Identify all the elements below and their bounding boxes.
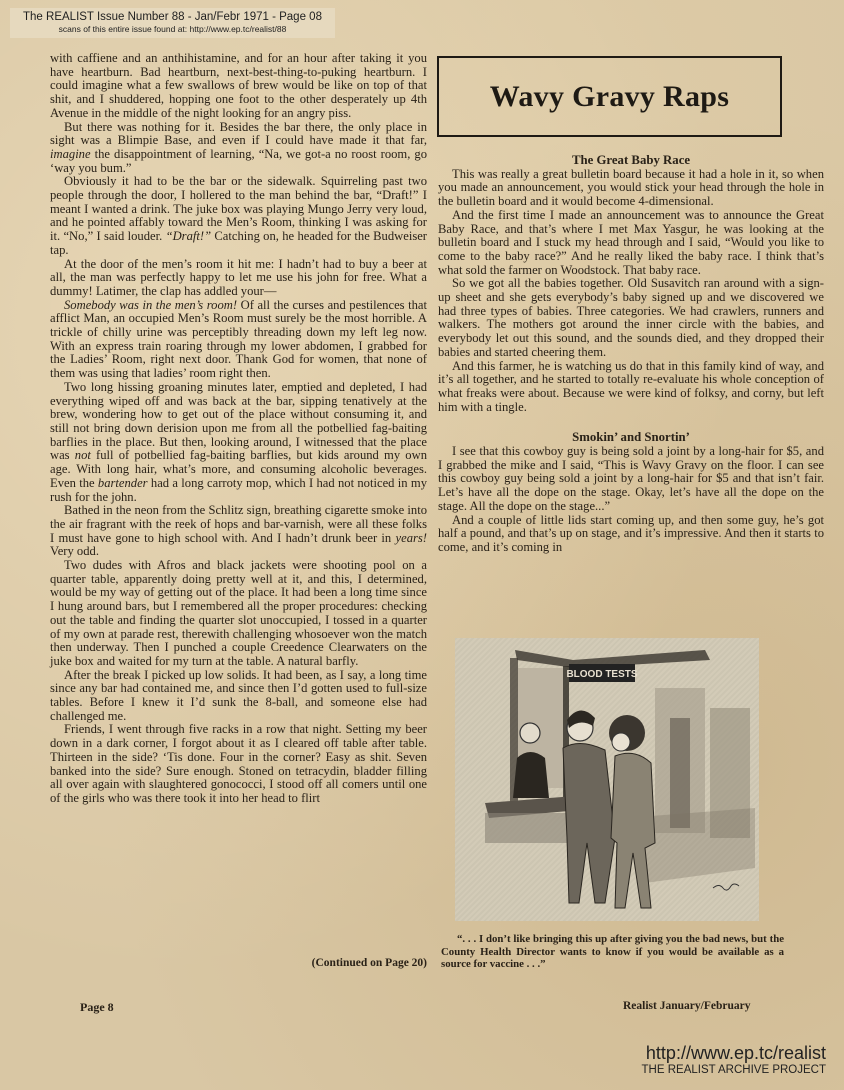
article-title-box: Wavy Gravy Raps — [437, 56, 782, 137]
emphasis-text: not — [75, 448, 91, 462]
article-paragraph: At the door of the men’s room it hit me:… — [50, 258, 427, 299]
article-paragraph: Somebody was in the men’s room! Of all t… — [50, 299, 427, 381]
article-title: Wavy Gravy Raps — [490, 80, 730, 114]
illustration-caption: “. . . I don’t like bringing this up aft… — [441, 933, 784, 971]
archive-project-name: THE REALIST ARCHIVE PROJECT — [642, 1063, 826, 1077]
paragraph-text: Bathed in the neon from the Schlitz sign… — [50, 503, 427, 544]
article-paragraph: This was really a great bulletin board b… — [438, 168, 824, 209]
paragraph-text: Friends, I went through five racks in a … — [50, 722, 427, 805]
article-paragraph: And the first time I made an announcemen… — [438, 209, 824, 278]
scan-banner: The REALIST Issue Number 88 - Jan/Febr 1… — [10, 8, 335, 38]
emphasis-text: “Draft!” — [166, 229, 212, 243]
article-paragraph: And a couple of little lids start coming… — [438, 514, 824, 555]
article-paragraph: Friends, I went through five racks in a … — [50, 723, 427, 805]
article-paragraph: with caffiene and an anthihistamine, and… — [50, 52, 427, 121]
article-paragraph: So we got all the babies together. Old S… — [438, 277, 824, 359]
article-paragraph: And this farmer, he is watching us do th… — [438, 360, 824, 415]
paragraph-text: After the break I picked up low solids. … — [50, 668, 427, 723]
article-left-column: with caffiene and an anthihistamine, and… — [50, 52, 427, 806]
article-right-column: The Great Baby RaceThis was really a gre… — [438, 154, 824, 555]
section-heading: Smokin’ and Snortin’ — [438, 431, 824, 445]
section-heading: The Great Baby Race — [438, 154, 824, 168]
emphasis-text: Somebody was in the men’s room! — [64, 298, 237, 312]
page-number: Page 8 — [80, 1000, 114, 1015]
article-paragraph: Bathed in the neon from the Schlitz sign… — [50, 504, 427, 559]
svg-text:BLOOD TESTS: BLOOD TESTS — [566, 669, 637, 680]
caption-text: “. . . I don’t like bringing this up aft… — [441, 933, 784, 971]
paragraph-text: But there was nothing for it. Besides th… — [50, 120, 427, 148]
cartoon-illustration: BLOOD TESTS — [455, 638, 759, 921]
issue-footer: Realist January/February — [623, 1000, 750, 1012]
article-paragraph: I see that this cowboy guy is being sold… — [438, 445, 824, 514]
scan-banner-title: The REALIST Issue Number 88 - Jan/Febr 1… — [10, 8, 335, 24]
continued-note: (Continued on Page 20) — [277, 957, 427, 969]
article-paragraph: Two dudes with Afros and black jackets w… — [50, 559, 427, 669]
archive-url[interactable]: http://www.ep.tc/realist — [642, 1043, 826, 1063]
paragraph-text: Very odd. — [50, 544, 99, 558]
article-paragraph: Obviously it had to be the bar or the si… — [50, 175, 427, 257]
cartoon-drawing-icon: BLOOD TESTS — [455, 638, 759, 921]
archive-watermark: http://www.ep.tc/realist THE REALIST ARC… — [642, 1043, 826, 1077]
article-paragraph: But there was nothing for it. Besides th… — [50, 121, 427, 176]
paragraph-text: Two dudes with Afros and black jackets w… — [50, 558, 427, 668]
paragraph-text: At the door of the men’s room it hit me:… — [50, 257, 427, 298]
scan-banner-subtitle: scans of this entire issue found at: htt… — [10, 24, 335, 35]
article-paragraph: Two long hissing groaning minutes later,… — [50, 381, 427, 504]
paragraph-text: with caffiene and an anthihistamine, and… — [50, 51, 427, 120]
emphasis-text: imagine — [50, 147, 91, 161]
article-paragraph: After the break I picked up low solids. … — [50, 669, 427, 724]
paragraph-text: the disappointment of learning, “Na, we … — [50, 147, 427, 175]
emphasis-text: years! — [396, 531, 427, 545]
emphasis-text: bartender — [98, 476, 148, 490]
